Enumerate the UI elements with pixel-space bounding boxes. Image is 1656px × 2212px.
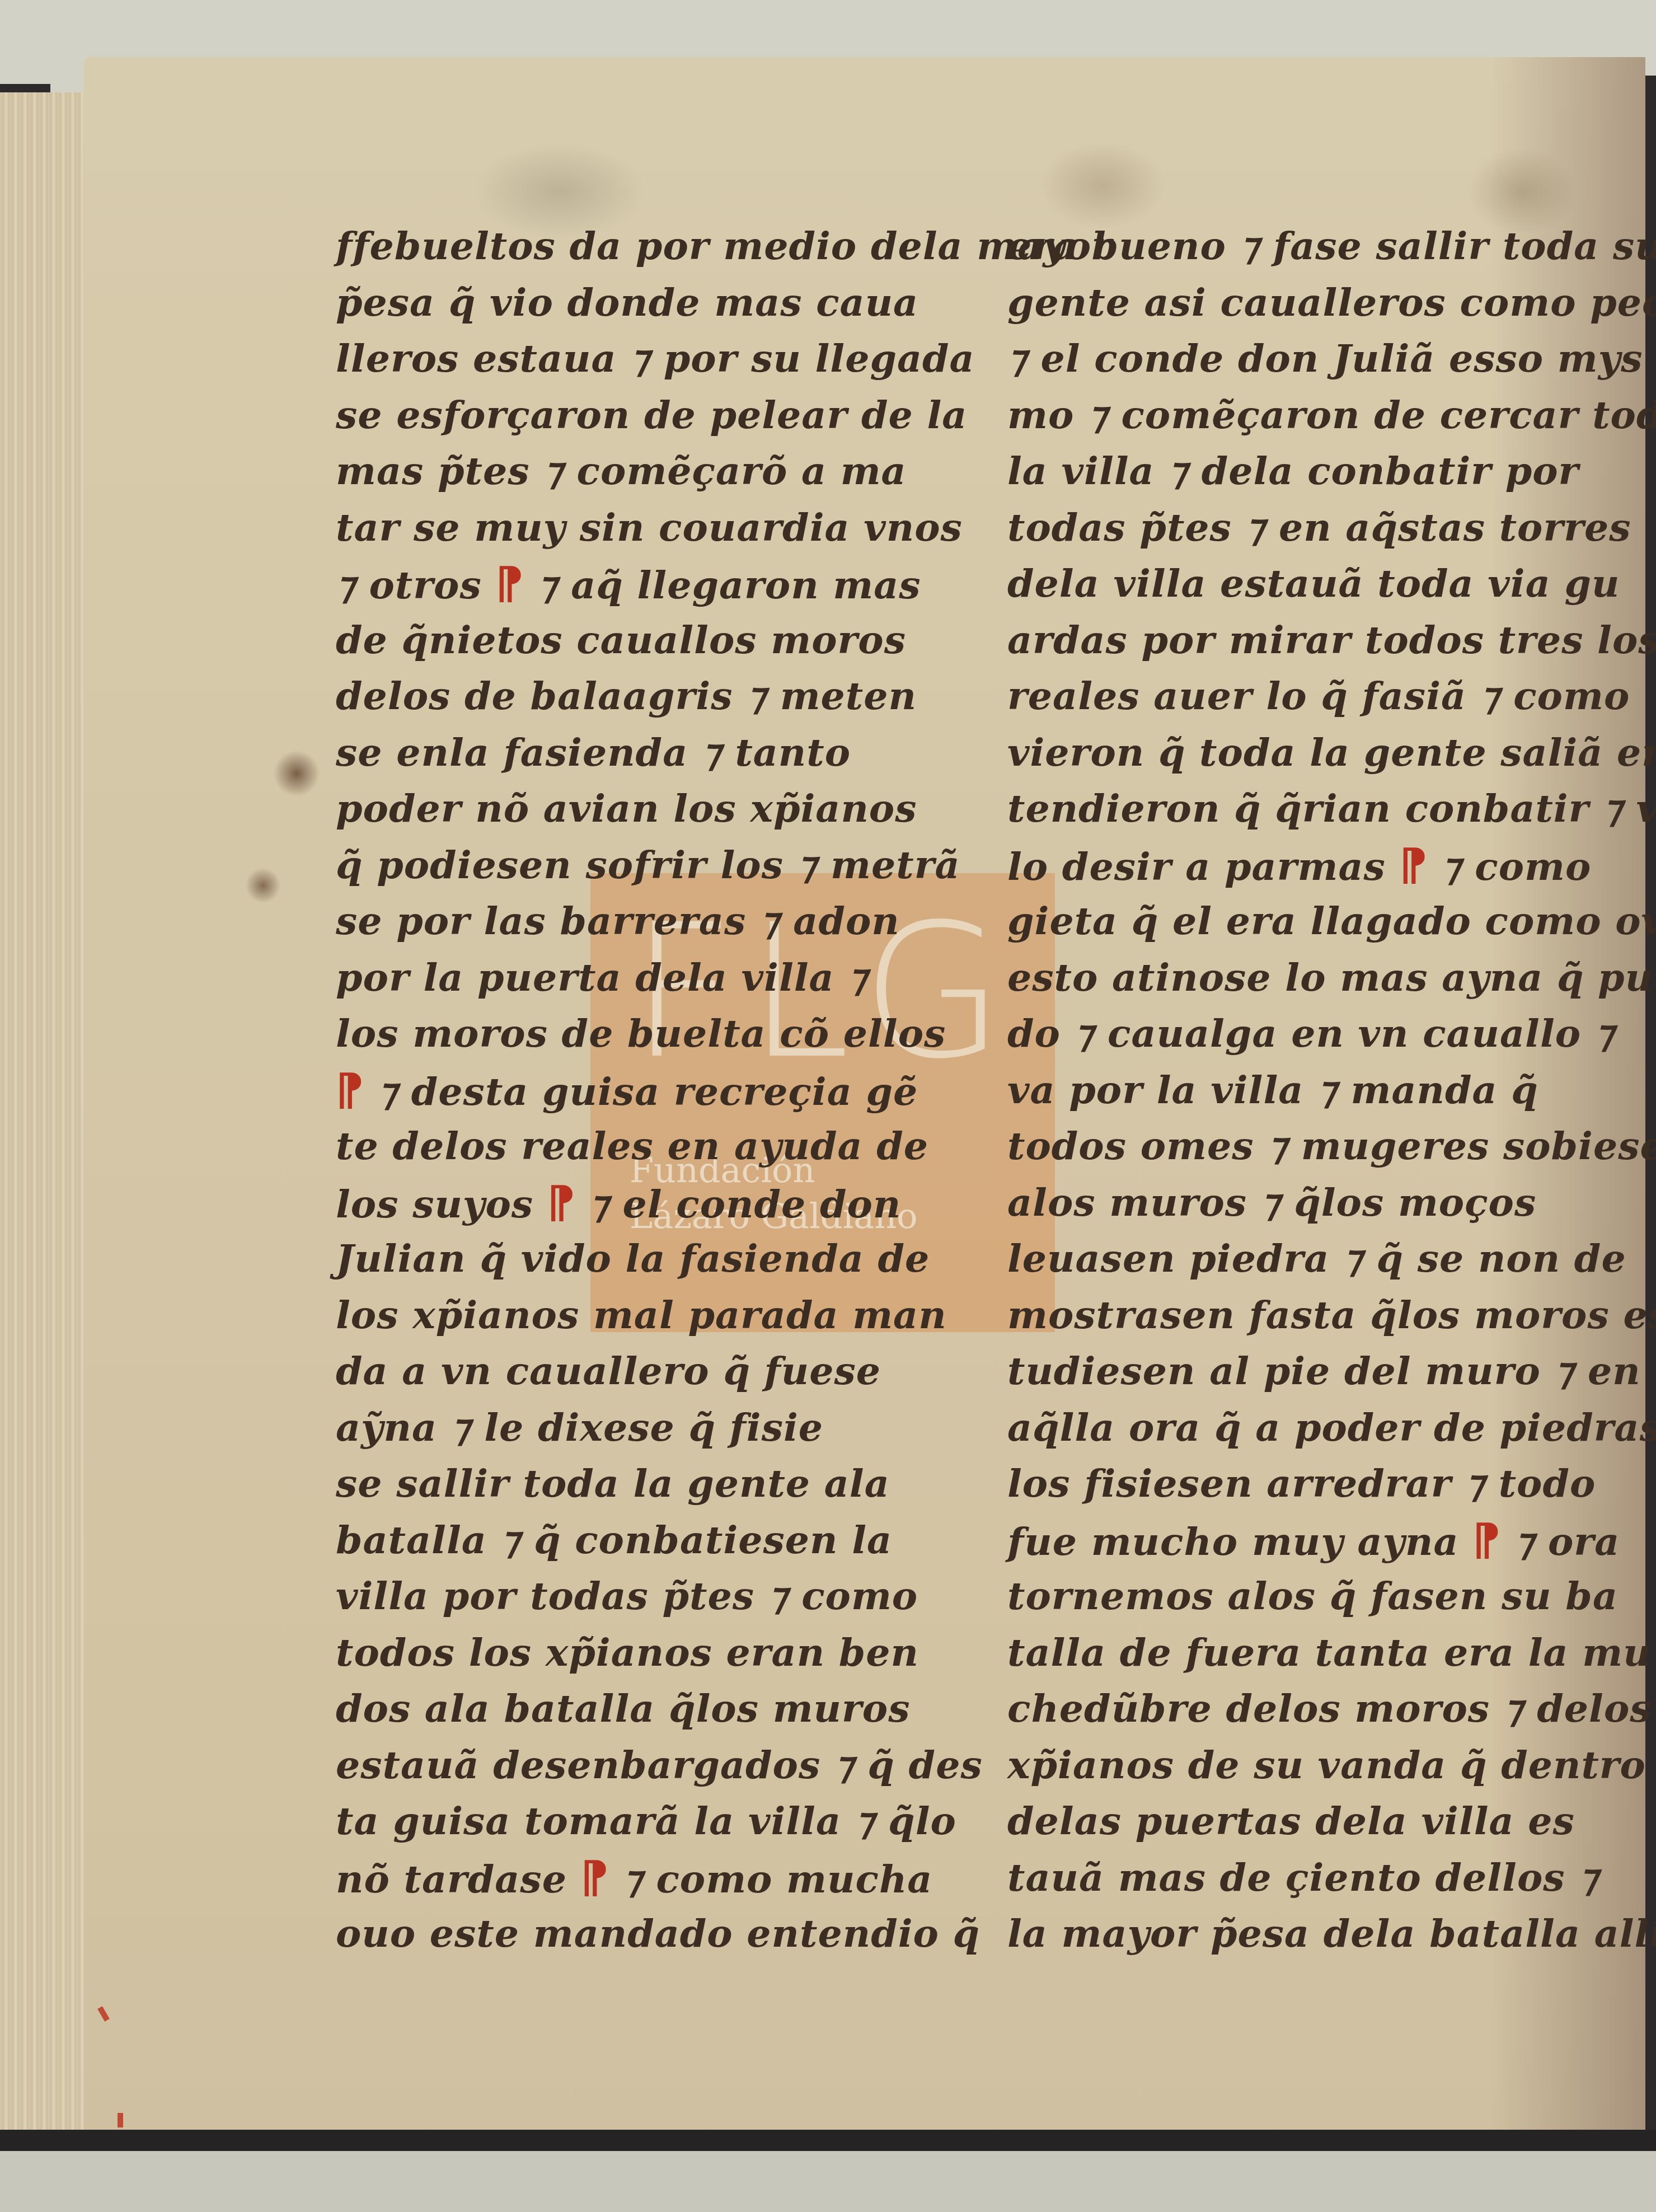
manuscript-line: lo desir a parmas ⁋ ⁊ como (1007, 837, 1623, 894)
rubric-pilcrow-icon: ⁋ (1472, 1515, 1501, 1566)
manuscript-line: era bueno ⁊ fase sallir toda su (1007, 218, 1623, 275)
rubric-pilcrow-icon: ⁋ (1399, 840, 1428, 891)
page-stack-edge (0, 92, 95, 2135)
manuscript-line: se enla fasienda ⁊ tanto (336, 725, 946, 781)
manuscript-line: talla de fuera tanta era la mu (1007, 1625, 1623, 1681)
manuscript-line: todos omes ⁊ mugeres sobiese (1007, 1118, 1623, 1175)
manuscript-line: p̃esa q̃ vio donde mas caua (336, 275, 946, 331)
manuscript-line: se por las barreras ⁊ adon (336, 893, 946, 950)
manuscript-line: mo ⁊ comẽçaron de cercar toda (1007, 387, 1623, 444)
manuscript-line: mostrasen fasta q̃los moros es (1007, 1287, 1623, 1344)
text-column-right: era bueno ⁊ fase sallir toda sugente asi… (1007, 218, 1623, 1962)
manuscript-line: la mayor p̃esa dela batalla alli (1007, 1906, 1623, 1962)
manuscript-line: se sallir toda la gente ala (336, 1456, 946, 1512)
manuscript-line: nõ tardase ⁋ ⁊ como mucha (336, 1850, 946, 1906)
manuscript-line: tar se muy sin couardia vnos (336, 500, 946, 556)
manuscript-line: se esforçaron de pelear de la (336, 387, 946, 444)
manuscript-line: leuasen piedra ⁊ q̃ se non de (1007, 1231, 1623, 1287)
manuscript-line: ouo este mandado entendio q̃ (336, 1906, 946, 1962)
manuscript-line: Julian q̃ vido la fasienda de (336, 1231, 946, 1287)
manuscript-photo: FLG Fundación Lázaro Galdiano ffebueltos… (0, 0, 1656, 2212)
manuscript-line: todos los xp̃ianos eran ben (336, 1625, 946, 1681)
manuscript-line: tauã mas de çiento dellos ⁊ (1007, 1850, 1623, 1906)
manuscript-line: tornemos alos q̃ fasen su ba (1007, 1568, 1623, 1625)
manuscript-line: los moros de buelta cõ ellos (336, 1006, 946, 1062)
manuscript-line: batalla ⁊ q̃ conbatiesen la (336, 1512, 946, 1569)
manuscript-line: estauã desenbargados ⁊ q̃ des (336, 1737, 946, 1794)
manuscript-line: q̃ podiesen sofrir los ⁊ metrã (336, 837, 946, 894)
manuscript-line: ta guisa tomarã la villa ⁊ q̃lo (336, 1793, 946, 1850)
manuscript-line: tudiesen al pie del muro ⁊ en (1007, 1343, 1623, 1400)
manuscript-line: reales auer lo q̃ fasiã ⁊ como (1007, 668, 1623, 725)
rubric-pilcrow-icon: ⁋ (495, 559, 524, 609)
manuscript-line: gente asi caualleros como peones (1007, 275, 1623, 331)
manuscript-line: todas p̃tes ⁊ en aq̃stas torres (1007, 500, 1623, 556)
manuscript-line: aq̃lla ora q̃ a poder de piedras (1007, 1400, 1623, 1456)
manuscript-line: ffebueltos da por medio dela mayor (336, 218, 946, 275)
manuscript-line: lleros estaua ⁊ por su llegada (336, 331, 946, 387)
manuscript-line: ⁋ ⁊ desta guisa recreçia gẽ (336, 1062, 946, 1119)
manuscript-line: tendieron q̃ q̃rian conbatir ⁊ vã (1007, 781, 1623, 837)
manuscript-line: vieron q̃ toda la gente saliã en (1007, 725, 1623, 781)
manuscript-line: dela villa estauã toda via gu (1007, 556, 1623, 612)
manuscript-line: alos muros ⁊ q̃los moços (1007, 1175, 1623, 1231)
manuscript-line: la villa ⁊ dela conbatir por (1007, 443, 1623, 500)
rubric-pilcrow-icon: ⁋ (547, 1178, 576, 1228)
manuscript-line: ardas por mirar todos tres los (1007, 612, 1623, 669)
manuscript-line: gieta q̃ el era llagado como ovo (1007, 893, 1623, 950)
manuscript-line: los suyos ⁋ ⁊ el conde don (336, 1175, 946, 1231)
manuscript-line: dos ala batalla q̃los muros (336, 1681, 946, 1737)
manuscript-line: ⁊ el conde don Juliã esso mys (1007, 331, 1623, 387)
manuscript-line: ⁊ otros ⁋ ⁊ aq̃ llegaron mas (336, 556, 946, 612)
manuscript-line: aỹna ⁊ le dixese q̃ fisie (336, 1400, 946, 1456)
manuscript-line: fue mucho muy ayna ⁋ ⁊ ora (1007, 1512, 1623, 1569)
rubric-pilcrow-icon: ⁋ (581, 1853, 609, 1903)
manuscript-line: poder nõ avian los xp̃ianos (336, 781, 946, 837)
manuscript-line: do ⁊ caualga en vn cauallo ⁊ (1007, 1006, 1623, 1062)
red-ink-mark (118, 2113, 123, 2127)
manuscript-line: de q̃nietos cauallos moros (336, 612, 946, 669)
manuscript-line: chedũbre delos moros ⁊ delos (1007, 1681, 1623, 1737)
text-column-left: ffebueltos da por medio dela mayorp̃esa … (336, 218, 946, 1962)
manuscript-line: delas puertas dela villa es (1007, 1793, 1623, 1850)
manuscript-line: esto atinose lo mas ayna q̃ pu (1007, 950, 1623, 1006)
manuscript-line: te delos reales en ayuda de (336, 1118, 946, 1175)
rubric-pilcrow-icon: ⁋ (336, 1065, 364, 1116)
manuscript-line: los fisiesen arredrar ⁊ todo (1007, 1456, 1623, 1512)
book-cover-bottom (0, 2130, 1656, 2151)
manuscript-line: da a vn cauallero q̃ fuese (336, 1343, 946, 1400)
manuscript-line: mas p̃tes ⁊ comẽçarõ a ma (336, 443, 946, 500)
manuscript-line: xp̃ianos de su vanda q̃ dentro (1007, 1737, 1623, 1794)
manuscript-line: los xp̃ianos mal parada man (336, 1287, 946, 1344)
manuscript-line: por la puerta dela villa ⁊ (336, 950, 946, 1006)
manuscript-line: delos de balaagris ⁊ meten (336, 668, 946, 725)
manuscript-line: villa por todas p̃tes ⁊ como (336, 1568, 946, 1625)
manuscript-line: va por la villa ⁊ manda q̃ (1007, 1062, 1623, 1119)
